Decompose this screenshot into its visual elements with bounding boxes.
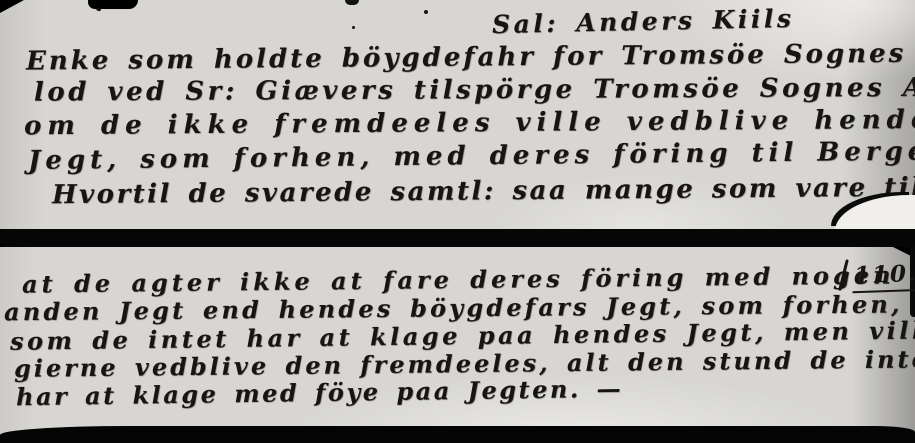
scan-bottom-edge [0,426,915,443]
handwritten-line: lod ved Sr: Giævers tilspörge Tromsöe So… [34,72,915,107]
scan-separator-band [0,229,915,247]
scan-edge-artifact [345,0,359,5]
handwritten-line: Jegt, som forhen, med deres föring til B… [28,136,915,176]
manuscript-bottom-section: 110. at de agter ikke at fare deres föri… [0,247,915,443]
manuscript-scan: Sal: Anders Kiils Enke som holdte böygde… [0,0,915,443]
scan-edge-artifact [0,0,24,13]
ink-speck [424,10,428,14]
ink-speck [96,7,102,12]
handwritten-line: om de ikke fremdeeles ville vedblive hen… [24,105,915,141]
manuscript-top-section: Sal: Anders Kiils Enke som holdte böygde… [0,0,915,229]
handwritten-line: Enke som holdte böygdefahr for Tromsöe S… [26,38,915,77]
handwritten-line: Hvortil de svarede samtl: saa mange som … [52,172,915,210]
margin-note: Sal: Anders Kiils [492,4,795,39]
ink-speck [352,26,355,29]
